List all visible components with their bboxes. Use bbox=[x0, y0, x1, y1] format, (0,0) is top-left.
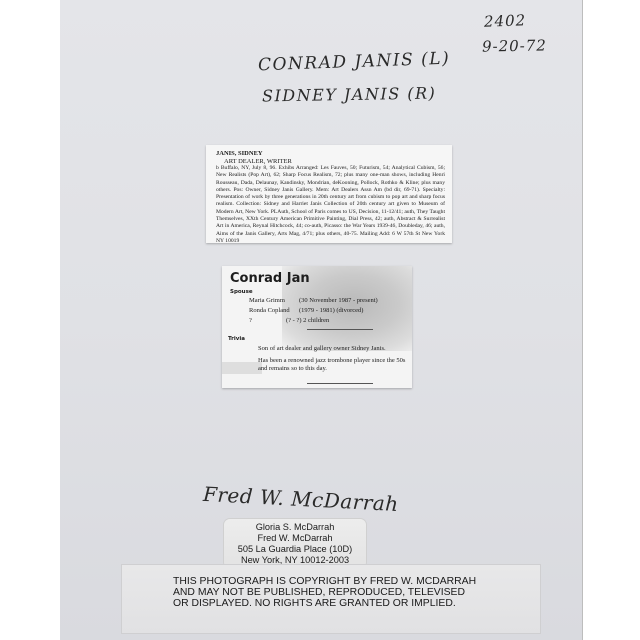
spouse-name: Maria Grimm bbox=[249, 296, 299, 306]
spouse-dates: (1979 - 1981) (divorced) bbox=[299, 306, 363, 316]
clipping-bio: b Buffalo, NY, July 8, 96. Exhibs Arrang… bbox=[216, 165, 445, 245]
trivia-item: Son of art dealer and gallery owner Sidn… bbox=[258, 345, 408, 353]
address-line: Fred W. McDarrah bbox=[224, 533, 366, 544]
copyright-line: AND MAY NOT BE PUBLISHED, REPRODUCED, TE… bbox=[173, 587, 540, 598]
spouse-row: Maria Grimm (30 November 1987 - present) bbox=[249, 296, 378, 306]
copyright-line: THIS PHOTOGRAPH IS COPYRIGHT BY FRED W. … bbox=[173, 576, 540, 587]
conrad-janis-clipping: Conrad Janis Spouse Maria Grimm (30 Nove… bbox=[222, 266, 412, 388]
sidney-janis-clipping: JANIS, SIDNEY ART DEALER, WRITER b Buffa… bbox=[206, 145, 452, 243]
address-label: Gloria S. McDarrah Fred W. McDarrah 505 … bbox=[224, 519, 366, 568]
divider bbox=[307, 383, 373, 384]
spouse-dates: (30 November 1987 - present) bbox=[299, 296, 378, 306]
spouse-label: Spouse bbox=[230, 289, 253, 295]
subject-right-note: SIDNEY JANIS (R) bbox=[262, 83, 437, 105]
handwritten-date: 9-20-72 bbox=[482, 36, 547, 55]
spouse-name: ? bbox=[249, 316, 286, 326]
trivia-item: Has been a renowned jazz trombone player… bbox=[258, 357, 408, 373]
divider bbox=[307, 329, 373, 330]
copyright-label: THIS PHOTOGRAPH IS COPYRIGHT BY FRED W. … bbox=[122, 565, 540, 633]
spouse-row: ? (? - ?) 2 children bbox=[249, 316, 378, 326]
address-line: Gloria S. McDarrah bbox=[224, 522, 366, 533]
trivia-label: Trivia bbox=[228, 336, 245, 342]
catalog-number: 2402 bbox=[484, 11, 527, 30]
spouse-row: Ronda Copland (1979 - 1981) (divorced) bbox=[249, 306, 378, 316]
address-line: 505 La Guardia Place (10D) bbox=[224, 544, 366, 555]
spouse-dates: (? - ?) 2 children bbox=[286, 316, 329, 326]
copyright-line: OR DISPLAYED. NO RIGHTS ARE GRANTED OR I… bbox=[173, 598, 540, 609]
photocopy-smudge bbox=[222, 362, 262, 374]
trivia-list: Son of art dealer and gallery owner Sidn… bbox=[258, 345, 408, 377]
clipping-title: Conrad Janis bbox=[230, 271, 310, 286]
clipping-role: ART DEALER, WRITER bbox=[216, 158, 445, 165]
spouse-name: Ronda Copland bbox=[249, 306, 299, 316]
spouse-list: Maria Grimm (30 November 1987 - present)… bbox=[249, 296, 378, 326]
clipping-name: JANIS, SIDNEY bbox=[216, 150, 445, 158]
